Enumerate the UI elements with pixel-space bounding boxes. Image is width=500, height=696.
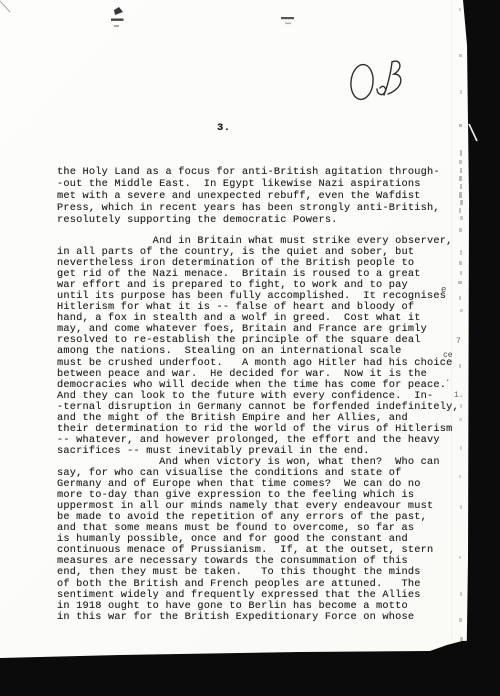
paragraph-britain-determination: And in Britain what must strike every ob… [57,236,459,457]
scan-border-scratch [469,124,477,141]
handwritten-initials [349,61,401,100]
pencil-mark-1 [111,7,124,27]
right-scan-border [463,0,500,696]
pencil-mark-2 [281,17,294,24]
page-number: 3. [217,122,231,134]
bottom-scan-border [0,640,500,696]
corner-fold-mark [0,1,10,12]
scanned-document-page: 3. the Holy Land as a focus for anti-Bri… [0,0,500,696]
paragraph-middle-east: the Holy Land as a focus for anti-Britis… [57,166,440,226]
paragraph-victory: And when victory is won, what then? Who … [57,457,440,623]
